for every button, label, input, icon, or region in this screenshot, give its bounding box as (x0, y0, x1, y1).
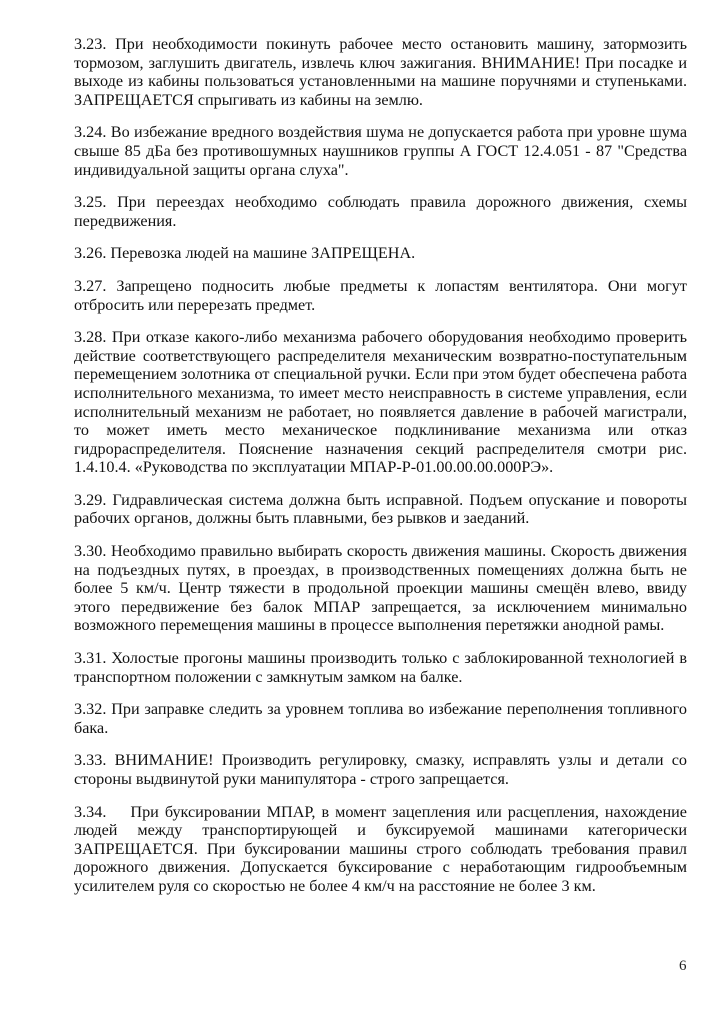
document-page: 3.23. При необходимости покинуть рабочее… (74, 35, 687, 910)
page-number: 6 (679, 958, 687, 975)
paragraph-3-24: 3.24. Во избежание вредного воздействия … (74, 123, 687, 179)
paragraph-3-25: 3.25. При переездах необходимо соблюдать… (74, 193, 687, 230)
paragraph-3-28: 3.28. При отказе какого-либо механизма р… (74, 328, 687, 477)
paragraph-3-34: 3.34. При буксировании МПАР, в момент за… (74, 803, 687, 896)
paragraph-3-33: 3.33. ВНИМАНИЕ! Производить регулировку,… (74, 751, 687, 788)
paragraph-3-31: 3.31. Холостые прогоны машины производит… (74, 649, 687, 686)
paragraph-3-32: 3.32. При заправке следить за уровнем то… (74, 700, 687, 737)
paragraph-3-23: 3.23. При необходимости покинуть рабочее… (74, 35, 687, 109)
paragraph-3-29: 3.29. Гидравлическая система должна быть… (74, 491, 687, 528)
paragraph-3-30: 3.30. Необходимо правильно выбирать скор… (74, 542, 687, 635)
paragraph-3-27: 3.27. Запрещено подносить любые предметы… (74, 277, 687, 314)
paragraph-3-26: 3.26. Перевозка людей на машине ЗАПРЕЩЕН… (74, 244, 687, 263)
